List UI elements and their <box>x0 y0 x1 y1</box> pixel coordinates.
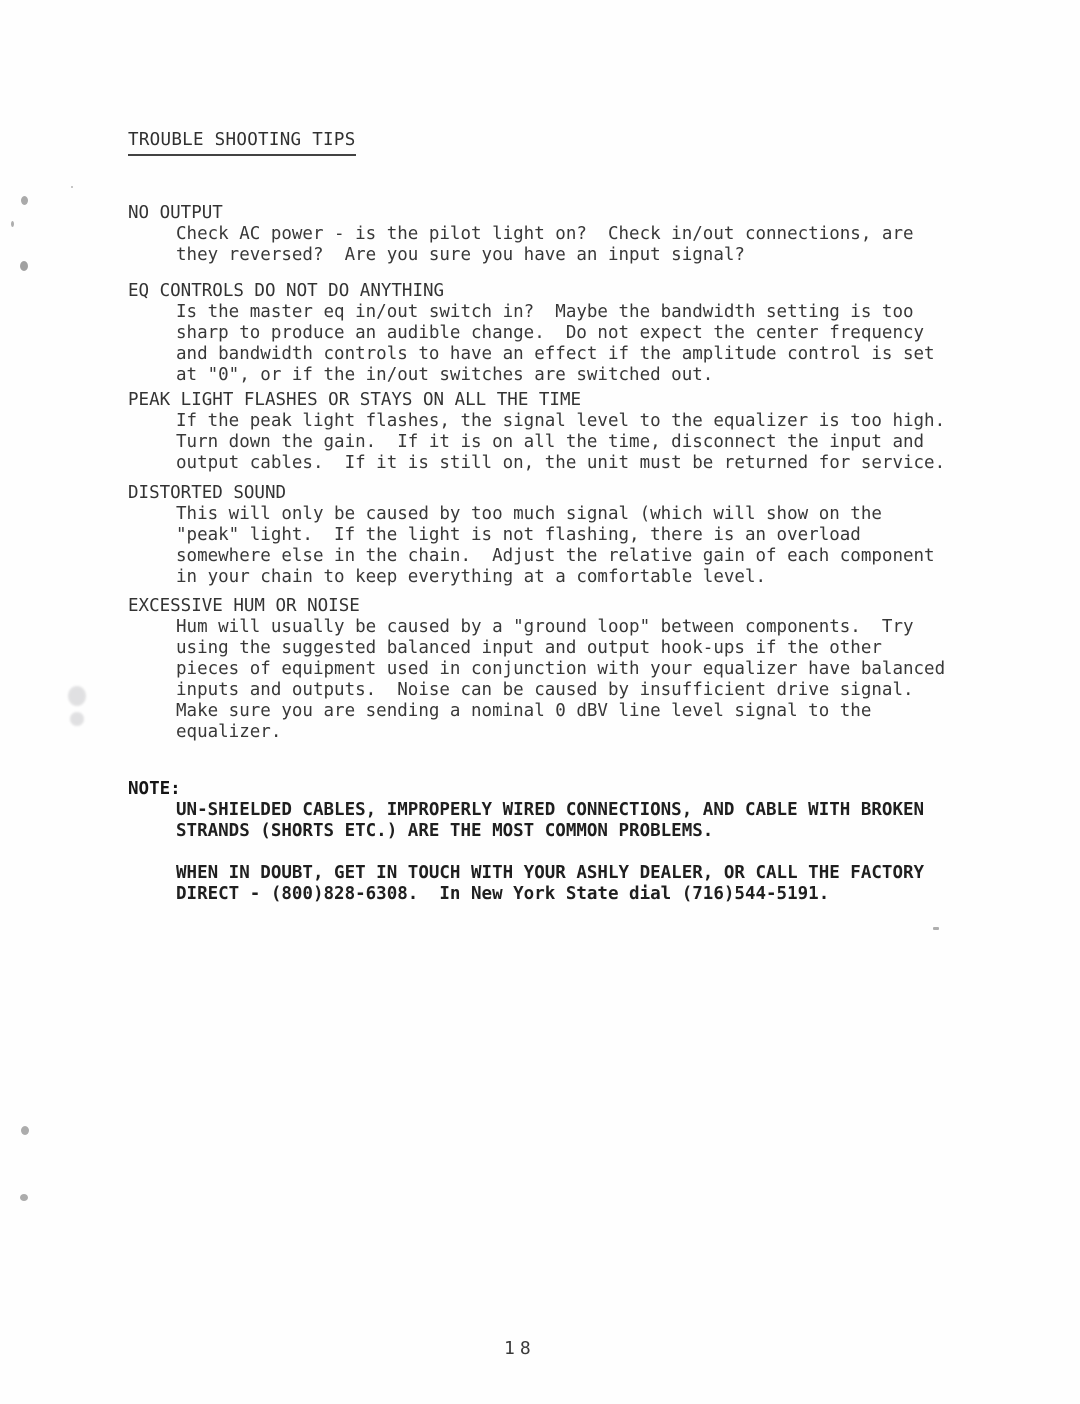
text-line: Make sure you are sending a nominal 0 dB… <box>176 701 945 722</box>
text-line: in your chain to keep everything at a co… <box>176 567 935 588</box>
text-line: output cables. If it is still on, the un… <box>176 453 945 474</box>
text-line: UN-SHIELDED CABLES, IMPROPERLY WIRED CON… <box>176 800 924 821</box>
scan-speck <box>21 196 28 205</box>
text-line: DIRECT - (800)828-6308. In New York Stat… <box>176 884 924 905</box>
page-title: TROUBLE SHOOTING TIPS <box>128 130 356 156</box>
section-body: Check AC power - is the pilot light on? … <box>176 224 914 266</box>
section-distorted-sound: DISTORTED SOUND This will only be caused… <box>128 483 935 588</box>
section-heading: EXCESSIVE HUM OR NOISE <box>128 596 945 617</box>
section-peak-light: PEAK LIGHT FLASHES OR STAYS ON ALL THE T… <box>128 390 945 474</box>
section-heading: PEAK LIGHT FLASHES OR STAYS ON ALL THE T… <box>128 390 945 411</box>
section-heading: DISTORTED SOUND <box>128 483 935 504</box>
scan-speck <box>933 927 939 930</box>
text-line: If the peak light flashes, the signal le… <box>176 411 945 432</box>
scan-speck <box>11 221 14 227</box>
section-body: Is the master eq in/out switch in? Maybe… <box>176 302 935 386</box>
text-line: they reversed? Are you sure you have an … <box>176 245 914 266</box>
text-line: Hum will usually be caused by a "ground … <box>176 617 945 638</box>
scan-speck <box>20 1194 28 1201</box>
text-line: sharp to produce an audible change. Do n… <box>176 323 935 344</box>
text-line: "peak" light. If the light is not flashi… <box>176 525 935 546</box>
section-body: UN-SHIELDED CABLES, IMPROPERLY WIRED CON… <box>176 800 924 905</box>
section-note: NOTE: UN-SHIELDED CABLES, IMPROPERLY WIR… <box>128 779 924 905</box>
scan-speck <box>21 1126 29 1135</box>
text-line: inputs and outputs. Noise can be caused … <box>176 680 945 701</box>
section-hum-noise: EXCESSIVE HUM OR NOISE Hum will usually … <box>128 596 945 743</box>
text-line: somewhere else in the chain. Adjust the … <box>176 546 935 567</box>
text-line: equalizer. <box>176 722 945 743</box>
section-no-output: NO OUTPUT Check AC power - is the pilot … <box>128 203 914 266</box>
section-body: Hum will usually be caused by a "ground … <box>176 617 945 743</box>
section-eq-controls: EQ CONTROLS DO NOT DO ANYTHING Is the ma… <box>128 281 935 386</box>
blank-line <box>176 842 924 863</box>
section-heading: EQ CONTROLS DO NOT DO ANYTHING <box>128 281 935 302</box>
document-page: TROUBLE SHOOTING TIPS NO OUTPUT Check AC… <box>0 0 1080 1404</box>
text-line: WHEN IN DOUBT, GET IN TOUCH WITH YOUR AS… <box>176 863 924 884</box>
section-heading: NO OUTPUT <box>128 203 914 224</box>
note-heading: NOTE: <box>128 779 924 800</box>
text-line: Check AC power - is the pilot light on? … <box>176 224 914 245</box>
text-line: pieces of equipment used in conjunction … <box>176 659 945 680</box>
scan-speck <box>20 261 28 271</box>
scan-speck <box>70 712 84 726</box>
text-line: using the suggested balanced input and o… <box>176 638 945 659</box>
text-line: Is the master eq in/out switch in? Maybe… <box>176 302 935 323</box>
scan-speck <box>71 186 73 188</box>
section-body: If the peak light flashes, the signal le… <box>176 411 945 474</box>
text-line: Turn down the gain. If it is on all the … <box>176 432 945 453</box>
text-line: This will only be caused by too much sig… <box>176 504 935 525</box>
text-line: STRANDS (SHORTS ETC.) ARE THE MOST COMMO… <box>176 821 924 842</box>
section-body: This will only be caused by too much sig… <box>176 504 935 588</box>
page-number: 18 <box>504 1338 536 1359</box>
text-line: at "0", or if the in/out switches are sw… <box>176 365 935 386</box>
scan-speck <box>68 686 86 706</box>
text-line: and bandwidth controls to have an effect… <box>176 344 935 365</box>
